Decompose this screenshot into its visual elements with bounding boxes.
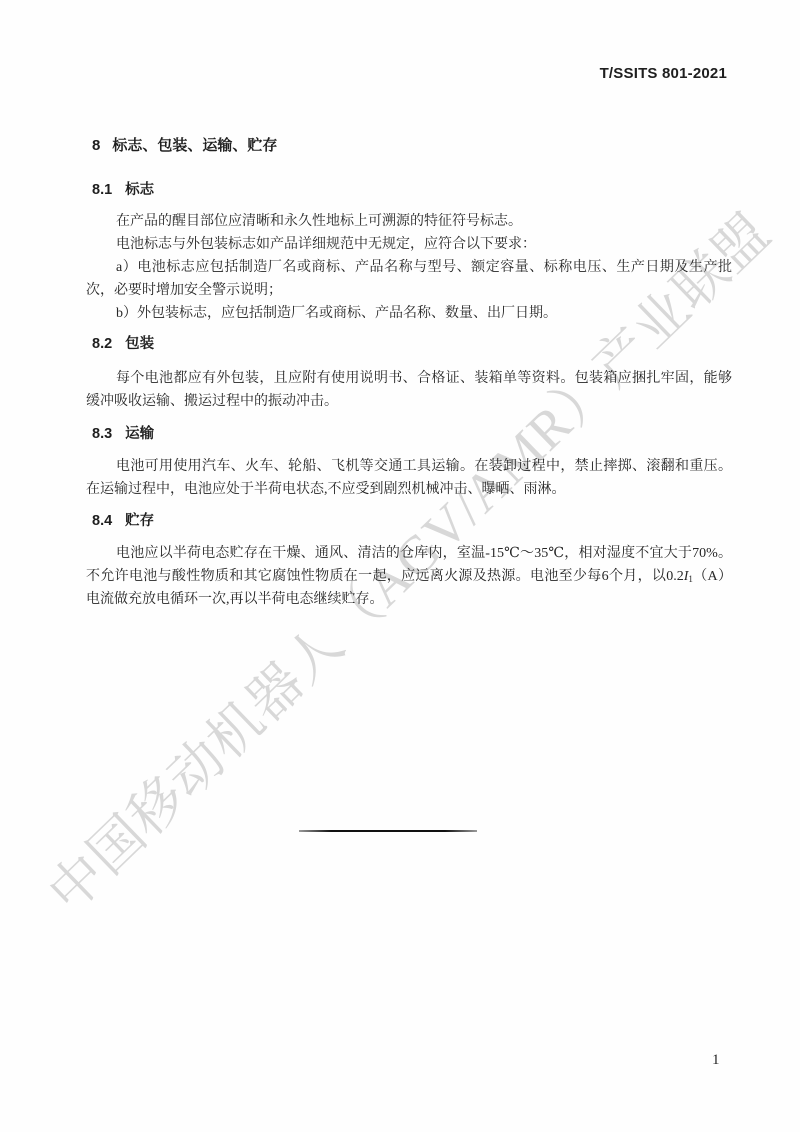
page-content: T/SSITS 801-2021 8标志、包装、运输、贮存 8.1标志 在产品的… [0,0,800,1132]
end-of-text-rule [299,830,477,832]
section-title: 标志 [125,182,154,198]
section-8-2-paragraph: 每个电池都应有外包装，且应附有使用说明书、合格证、装箱单等资料。包装箱应捆扎牢固… [86,367,732,413]
section-8-3-paragraph: 电池可用使用汽车、火车、轮船、飞机等交通工具运输。在装卸过程中，禁止摔掷、滚翻和… [86,455,732,501]
body-line-text: 不允许电池与酸性物质和其它腐蚀性物质在一起，应远离火源及热源。电池至少每6个月，… [86,569,684,584]
section-number: 8.4 [92,511,112,531]
body-line: 每个电池都应有外包装，且应附有使用说明书、合格证、装箱单等资料。包装箱应捆扎牢固… [86,367,732,390]
chapter-number: 8 [92,136,100,156]
body-line: a）电池标志应包括制造厂名或商标、产品名称与型号、额定容量、标称电压、生产日期及… [86,256,732,279]
section-8-4-paragraph: 电池应以半荷电态贮存在干燥、通风、清洁的仓库内，室温-15℃～35℃，相对湿度不… [86,542,732,611]
body-line: 电池可用使用汽车、火车、轮船、飞机等交通工具运输。在装卸过程中，禁止摔掷、滚翻和… [86,455,732,478]
page-number: 1 [712,1052,720,1069]
body-line: 电池标志与外包装标志如产品详细规范中无规定，应符合以下要求： [86,233,732,256]
header-doc-code: T/SSITS 801-2021 [600,65,727,82]
section-title: 贮存 [125,513,154,529]
body-line: 次，必要时增加安全警示说明； [86,279,732,302]
chapter-title: 标志、包装、运输、贮存 [112,137,277,154]
body-line: 电流做充放电循环一次,再以半荷电态继续贮存。 [86,588,732,611]
section-heading-8-1: 8.1标志 [92,180,154,200]
body-line: 在产品的醒目部位应清晰和永久性地标上可溯源的特征符号标志。 [86,210,732,233]
document-page: 中国移动机器人（AGV/AMR）产业联盟 T/SSITS 801-2021 8标… [0,0,800,1132]
body-line: 电池应以半荷电态贮存在干燥、通风、清洁的仓库内，室温-15℃～35℃，相对湿度不… [86,542,732,565]
section-number: 8.3 [92,424,112,444]
section-8-1-paragraph: 在产品的醒目部位应清晰和永久性地标上可溯源的特征符号标志。 电池标志与外包装标志… [86,210,732,325]
section-heading-8-4: 8.4贮存 [92,511,154,531]
section-heading-8-2: 8.2包装 [92,334,154,354]
body-line: 不允许电池与酸性物质和其它腐蚀性物质在一起，应远离火源及热源。电池至少每6个月，… [86,565,732,588]
section-number: 8.2 [92,334,112,354]
body-line: 缓冲吸收运输、搬运过程中的振动冲击。 [86,390,732,413]
section-heading-8-3: 8.3运输 [92,424,154,444]
body-line-text: （A） [693,569,732,584]
body-line: 在运输过程中，电池应处于半荷电状态,不应受到剧烈机械冲击、曝晒、雨淋。 [86,478,732,501]
section-title: 运输 [125,426,154,442]
section-number: 8.1 [92,180,112,200]
section-title: 包装 [125,336,154,352]
chapter-heading: 8标志、包装、运输、贮存 [92,136,277,156]
body-line: b）外包装标志，应包括制造厂名或商标、产品名称、数量、出厂日期。 [86,302,732,325]
